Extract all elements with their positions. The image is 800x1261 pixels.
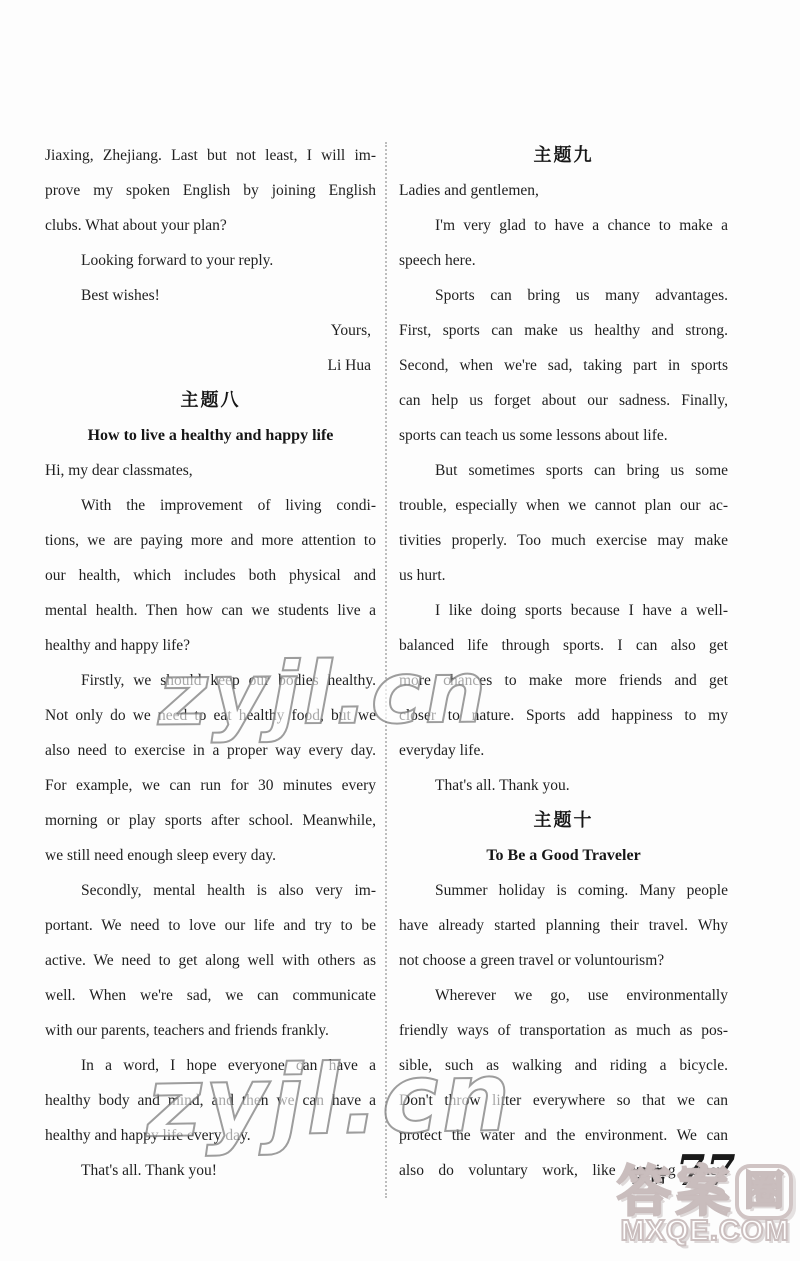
text-line: healthy body and mind, and then we can h… xyxy=(45,1083,376,1118)
text-line: That's all. Thank you. xyxy=(399,768,728,803)
text-line: can help us forget about our sadness. Fi… xyxy=(399,383,728,418)
text-line: 主题十 xyxy=(399,803,728,838)
text-line: Wherever we go, use environmentally xyxy=(399,978,728,1013)
text-line: How to live a healthy and happy life xyxy=(45,418,376,453)
text-line: Second, when we're sad, taking part in s… xyxy=(399,348,728,383)
footer-subject-label: 英语 xyxy=(632,1162,666,1187)
text-line: I like doing sports because I have a wel… xyxy=(399,593,728,628)
text-line: with our parents, teachers and friends f… xyxy=(45,1013,376,1048)
text-line: Not only do we need to eat healthy food,… xyxy=(45,698,376,733)
text-line: For example, we can run for 30 minutes e… xyxy=(45,768,376,803)
stamp-site-url: MXQE.COM xyxy=(612,1216,798,1248)
left-text-column: Jiaxing, Zhejiang. Last but not least, I… xyxy=(45,138,376,1188)
text-line: First, sports can make us healthy and st… xyxy=(399,313,728,348)
text-line: 主题八 xyxy=(45,383,376,418)
text-line: balanced life through sports. I can also… xyxy=(399,628,728,663)
text-line: sports can teach us some lessons about l… xyxy=(399,418,728,453)
text-line: healthy and happy life? xyxy=(45,628,376,663)
text-line: morning or play sports after school. Mea… xyxy=(45,803,376,838)
text-line: That's all. Thank you! xyxy=(45,1153,376,1188)
scanned-book-page: Jiaxing, Zhejiang. Last but not least, I… xyxy=(0,0,800,1261)
text-line: us hurt. xyxy=(399,558,728,593)
text-line: Firstly, we should keep our bodies healt… xyxy=(45,663,376,698)
text-line: Summer holiday is coming. Many people xyxy=(399,873,728,908)
text-line: Jiaxing, Zhejiang. Last but not least, I… xyxy=(45,138,376,173)
text-line: Don't throw litter everywhere so that we… xyxy=(399,1083,728,1118)
text-line: Secondly, mental health is also very im- xyxy=(45,873,376,908)
text-line: Looking forward to your reply. xyxy=(45,243,376,278)
text-line: To Be a Good Traveler xyxy=(399,838,728,873)
text-line: But sometimes sports can bring us some xyxy=(399,453,728,488)
text-line: sible, such as walking and riding a bicy… xyxy=(399,1048,728,1083)
text-line: I'm very glad to have a chance to make a xyxy=(399,208,728,243)
text-line: Hi, my dear classmates, xyxy=(45,453,376,488)
right-text-column: 主题九Ladies and gentlemen,I'm very glad to… xyxy=(399,138,728,1188)
text-line: Ladies and gentlemen, xyxy=(399,173,728,208)
column-divider-dotted-line xyxy=(385,142,387,1198)
text-line: also need to exercise in a proper way ev… xyxy=(45,733,376,768)
text-line: Li Hua xyxy=(45,348,376,383)
text-line: not choose a green travel or voluntouris… xyxy=(399,943,728,978)
text-line: we still need enough sleep every day. xyxy=(45,838,376,873)
text-line: well. When we're sad, we can communicate xyxy=(45,978,376,1013)
text-line: everyday life. xyxy=(399,733,728,768)
text-line: have already started planning their trav… xyxy=(399,908,728,943)
text-line: trouble, especially when we cannot plan … xyxy=(399,488,728,523)
text-line: portant. We need to love our life and tr… xyxy=(45,908,376,943)
text-line: more chances to make more friends and ge… xyxy=(399,663,728,698)
stamp-char-quan-ring: 圈 xyxy=(735,1164,793,1220)
text-line: speech here. xyxy=(399,243,728,278)
text-line: Sports can bring us many advantages. xyxy=(399,278,728,313)
text-line: our health, which includes both physical… xyxy=(45,558,376,593)
text-line: Yours, xyxy=(45,313,376,348)
text-line: Best wishes! xyxy=(45,278,376,313)
text-line: tions, we are paying more and more atten… xyxy=(45,523,376,558)
text-line: healthy and happy life every day. xyxy=(45,1118,376,1153)
text-line: mental health. Then how can we students … xyxy=(45,593,376,628)
text-line: friendly ways of transportation as much … xyxy=(399,1013,728,1048)
text-line: active. We need to get along well with o… xyxy=(45,943,376,978)
text-line: 主题九 xyxy=(399,138,728,173)
text-line: tivities properly. Too much exercise may… xyxy=(399,523,728,558)
text-line: With the improvement of living condi- xyxy=(45,488,376,523)
text-line: In a word, I hope everyone can have a xyxy=(45,1048,376,1083)
text-line: prove my spoken English by joining Engli… xyxy=(45,173,376,208)
text-line: clubs. What about your plan? xyxy=(45,208,376,243)
text-line: closer to nature. Sports add happiness t… xyxy=(399,698,728,733)
footer-page-number: 77 xyxy=(676,1146,736,1195)
